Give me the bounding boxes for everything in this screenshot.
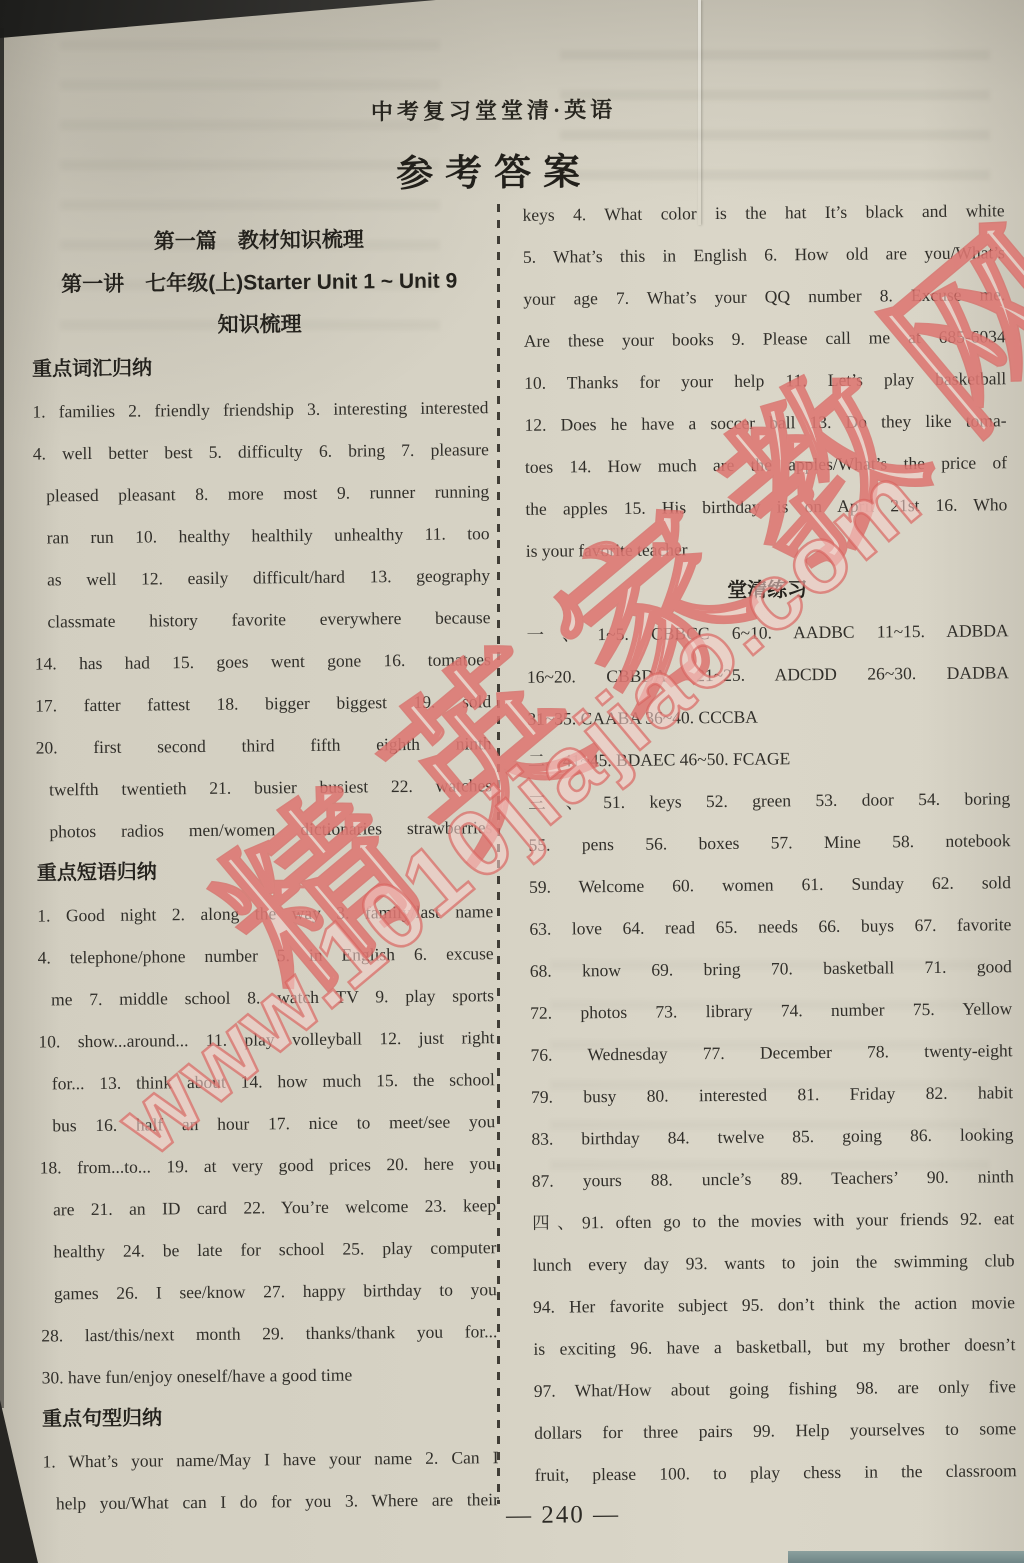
answer-line: 76. Wednesday 77. December 78. twenty-ei…: [530, 1029, 1012, 1076]
scanned-answer-page: 中考复习堂堂清·英语 参考答案 第一篇 教材知识梳理 第一讲 七年级(上)Sta…: [0, 0, 1024, 1563]
answer-line: healthy 24. be late for school 25. play …: [40, 1226, 496, 1272]
answer-line: is your favorite teacher: [526, 525, 1008, 572]
answer-line: 二、41~45. BDAEC 46~50. FCAGE: [528, 735, 1010, 782]
answer-line: 1. Good night 2. along the way 3. family…: [37, 890, 493, 936]
answer-line: 68. know 69. bring 70. basketball 71. go…: [530, 945, 1012, 992]
answer-line: for... 13. think about 14. how much 15. …: [39, 1058, 495, 1104]
answer-line: 83. birthday 84. twelve 85. going 86. lo…: [531, 1113, 1013, 1160]
answer-line: your age 7. What’s your QQ number 8. Exc…: [523, 273, 1005, 320]
answer-line: 10. show...around... 11. play volleyball…: [38, 1016, 494, 1062]
answer-line: 28. last/this/next month 29. thanks/than…: [41, 1310, 497, 1356]
book-title: 中考复习堂堂清·英语: [0, 89, 994, 130]
answer-line: Are these your books 9. Please call me a…: [524, 315, 1006, 362]
scan-edge-left: [0, 28, 4, 1408]
answer-line: as well 12. easily difficult/hard 13. ge…: [34, 554, 490, 600]
answer-line: 四、91. often go to the movies with your f…: [532, 1197, 1014, 1244]
exercise-heading: 堂清练习: [526, 567, 1008, 614]
answer-line: are 21. an ID card 22. You’re welcome 23…: [40, 1184, 496, 1230]
answer-line: 17. fatter fattest 18. bigger biggest 19…: [35, 680, 491, 726]
lecture-heading: 第一讲 七年级(上)Starter Unit 1 ~ Unit 9: [31, 260, 487, 306]
answer-line: 87. yours 88. uncle’s 89. Teachers’ 90. …: [532, 1155, 1014, 1202]
answer-line: dollars for three pairs 99. Help yoursel…: [534, 1407, 1016, 1454]
answer-line: ran run 10. healthy healthily unhealthy …: [33, 512, 489, 558]
right-column: keys 4. What color is the hat It’s black…: [522, 189, 1016, 1496]
answer-line: 55. pens 56. boxes 57. Mine 58. notebook: [528, 819, 1010, 866]
answer-line: 10. Thanks for your help 11. Let’s play …: [524, 357, 1006, 404]
answer-line: 1. families 2. friendly friendship 3. in…: [32, 386, 488, 432]
answer-line: 63. love 64. read 65. needs 66. buys 67.…: [529, 903, 1011, 950]
answer-line: help you/What can I do for you 3. Where …: [43, 1478, 499, 1524]
answer-line: 97. What/How about going fishing 98. are…: [534, 1365, 1016, 1412]
answer-line: 16~20. CBBDA 21~25. ADCDD 26~30. DADBA: [527, 651, 1009, 698]
answer-line: lunch every day 93. wants to join the sw…: [532, 1239, 1014, 1286]
answer-line: 14. has had 15. goes went gone 16. tomat…: [35, 638, 491, 684]
answer-line: 59. Welcome 60. women 61. Sunday 62. sol…: [529, 861, 1011, 908]
subheading: 知识梳理: [31, 302, 487, 348]
answer-line: the apples 15. His birthday is on April …: [525, 483, 1007, 530]
answer-line: 三、51. keys 52. green 53. door 54. boring: [528, 777, 1010, 824]
answer-line: is exciting 96. have a basketball, but m…: [533, 1323, 1015, 1370]
answer-line: 72. photos 73. library 74. number 75. Ye…: [530, 987, 1012, 1034]
answer-line: 1. What’s your name/May I have your name…: [42, 1436, 498, 1482]
answer-line: 31~35. CAABA 36~40. CCCBA: [527, 693, 1009, 740]
answer-line: keys 4. What color is the hat It’s black…: [522, 189, 1004, 236]
answer-line: 79. busy 80. interested 81. Friday 82. h…: [531, 1071, 1013, 1118]
page-content: 中考复习堂堂清·英语 参考答案 第一篇 教材知识梳理 第一讲 七年级(上)Sta…: [0, 0, 1024, 1563]
answer-line: bus 16. half an hour 17. nice to meet/se…: [39, 1100, 495, 1146]
section-heading-sentences: 重点句型归纳: [42, 1394, 498, 1440]
answer-line: me 7. middle school 8. watch TV 9. play …: [38, 974, 494, 1020]
answer-line: 4. telephone/phone number 5. in English …: [37, 932, 493, 978]
answer-line: 94. Her favorite subject 95. don’t think…: [533, 1281, 1015, 1328]
page-number: — 240 —: [453, 1500, 673, 1530]
answer-line: 20. first second third fifth eighth nint…: [35, 722, 491, 768]
answer-line: photos radios men/women dictionaries str…: [36, 806, 492, 852]
section-heading-vocabulary: 重点词汇归纳: [32, 344, 488, 390]
answer-line: classmate history favorite everywhere be…: [34, 596, 490, 642]
answer-line: 18. from...to... 19. at very good prices…: [39, 1142, 495, 1188]
answer-line: pleased pleasant 8. more most 9. runner …: [33, 470, 489, 516]
answer-line: fruit, please 100. to play chess in the …: [534, 1449, 1016, 1496]
answer-line: 12. Does he have a soccer ball 13. Do th…: [524, 399, 1006, 446]
answer-line: games 26. I see/know 27. happy birthday …: [41, 1268, 497, 1314]
part-heading: 第一篇 教材知识梳理: [31, 218, 487, 264]
answer-line: toes 14. How much are the apples/What’s …: [525, 441, 1007, 488]
answer-line: twelfth twentieth 21. busier busiest 22.…: [36, 764, 492, 810]
section-heading-phrases: 重点短语归纳: [37, 848, 493, 894]
answer-line: 4. well better best 5. difficulty 6. bri…: [33, 428, 489, 474]
left-column: 第一篇 教材知识梳理 第一讲 七年级(上)Starter Unit 1 ~ Un…: [31, 218, 499, 1524]
answer-line: 30. have fun/enjoy oneself/have a good t…: [41, 1352, 497, 1398]
answer-line: 一、1~5. CBBCC 6~10. AADBC 11~15. ADBDA: [526, 609, 1008, 656]
scan-edge-bottom: [788, 1551, 1024, 1563]
answer-line: 5. What’s this in English 6. How old are…: [523, 231, 1005, 278]
